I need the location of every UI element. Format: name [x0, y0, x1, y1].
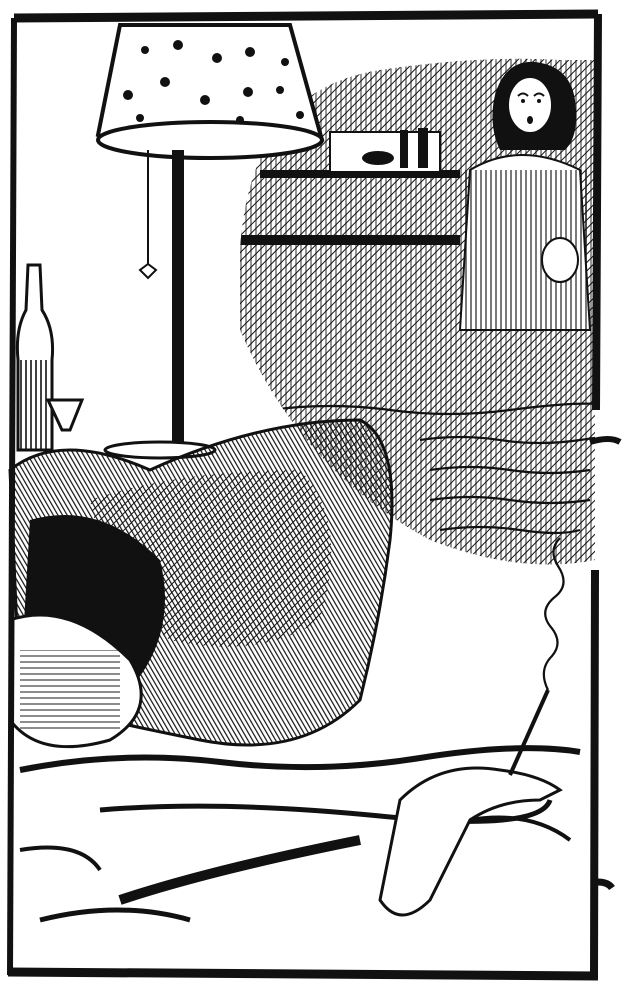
- illustration: [0, 0, 626, 984]
- reclining-man: [10, 420, 392, 747]
- hand-with-cigarette: [380, 538, 570, 915]
- bottle: [17, 265, 82, 450]
